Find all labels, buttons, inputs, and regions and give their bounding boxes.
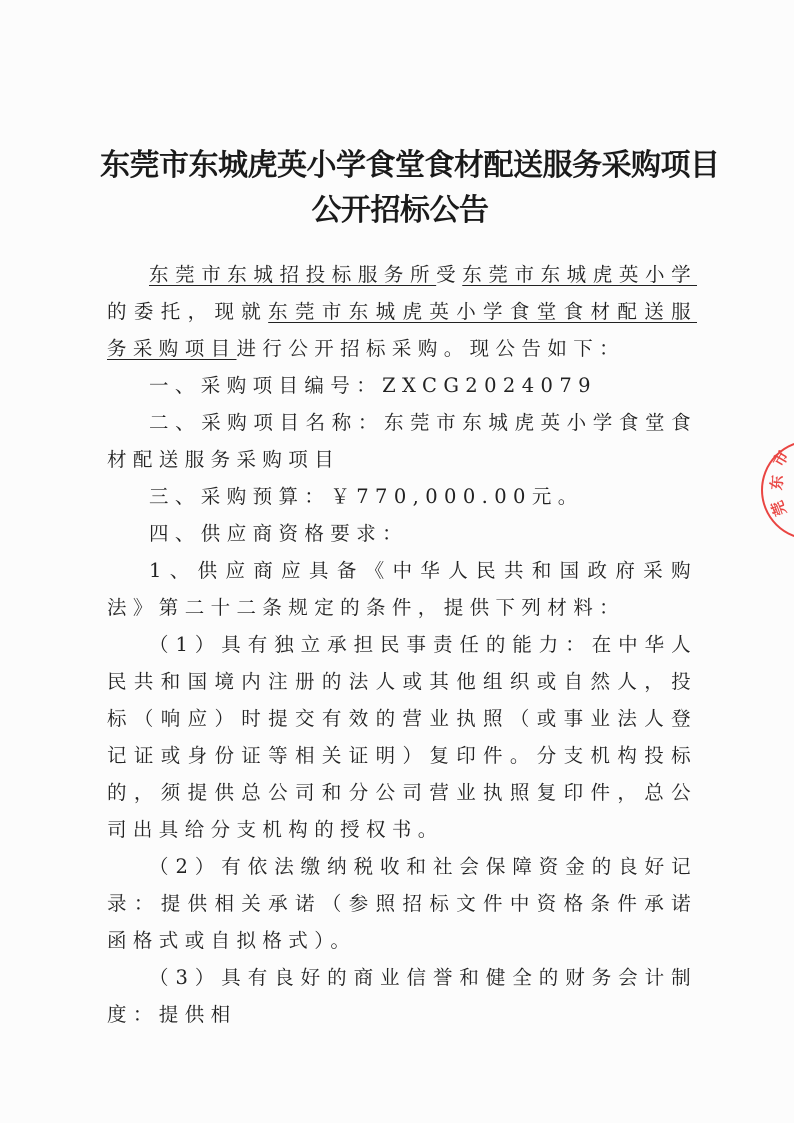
- section-project-name: 二、采购项目名称：东莞市东城虎英小学食堂食材配送服务采购项目: [107, 404, 697, 478]
- requirement-1: 1、供应商应具备《中华人民共和国政府采购法》第二十二条规定的条件，提供下列材料：: [107, 552, 697, 626]
- official-seal: 市 东 莞: [761, 440, 794, 540]
- section-label: 三、采购预算：: [149, 485, 330, 508]
- requirement-1-sub-1: （1）具有独立承担民事责任的能力：在中华人民共和国境内注册的法人或其他组织或自然…: [107, 626, 697, 848]
- intro-paragraph: 东莞市东城招投标服务所受东莞市东城虎英小学的委托，现就东莞市东城虎英小学食堂食材…: [107, 256, 697, 367]
- project-number-value: ZXCG2024079: [382, 374, 597, 397]
- document-title: 东莞市东城虎英小学食堂食材配送服务采购项目 公开招标公告: [100, 143, 700, 233]
- title-line-2: 公开招标公告: [100, 188, 700, 233]
- seal-glyph: 莞: [766, 498, 791, 519]
- document-body: 东莞市东城招投标服务所受东莞市东城虎英小学的委托，现就东莞市东城虎英小学食堂食材…: [107, 256, 697, 1033]
- section-project-number: 一、采购项目编号：ZXCG2024079: [107, 367, 697, 404]
- intro-text-3: 进行公开招标采购。现公告如下：: [237, 337, 626, 360]
- budget-value: ￥770,000.00元。: [330, 485, 583, 508]
- agency-name: 东莞市东城招投标服务所: [149, 263, 436, 286]
- section-label: 二、采购项目名称：: [149, 411, 384, 434]
- section-label: 四、供应商资格要求：: [149, 522, 408, 545]
- section-qualifications: 四、供应商资格要求：: [107, 515, 697, 552]
- section-label: 一、采购项目编号：: [149, 374, 382, 397]
- seal-glyph: 东: [765, 474, 787, 491]
- requirement-1-sub-3: （3）具有良好的商业信誉和健全的财务会计制度：提供相: [107, 959, 697, 1033]
- intro-text-2: 的委托，现就: [107, 300, 268, 323]
- document-page: 东莞市东城虎英小学食堂食材配送服务采购项目 公开招标公告 东莞市东城招投标服务所…: [0, 0, 794, 1123]
- seal-glyph: 市: [768, 447, 794, 471]
- intro-text-1: 受: [436, 263, 462, 286]
- title-line-1: 东莞市东城虎英小学食堂食材配送服务采购项目: [100, 143, 700, 188]
- requirement-1-sub-2: （2）有依法缴纳税收和社会保障资金的良好记录：提供相关承诺（参照招标文件中资格条…: [107, 848, 697, 959]
- section-budget: 三、采购预算：￥770,000.00元。: [107, 478, 697, 515]
- client-name: 东莞市东城虎英小学: [462, 263, 697, 286]
